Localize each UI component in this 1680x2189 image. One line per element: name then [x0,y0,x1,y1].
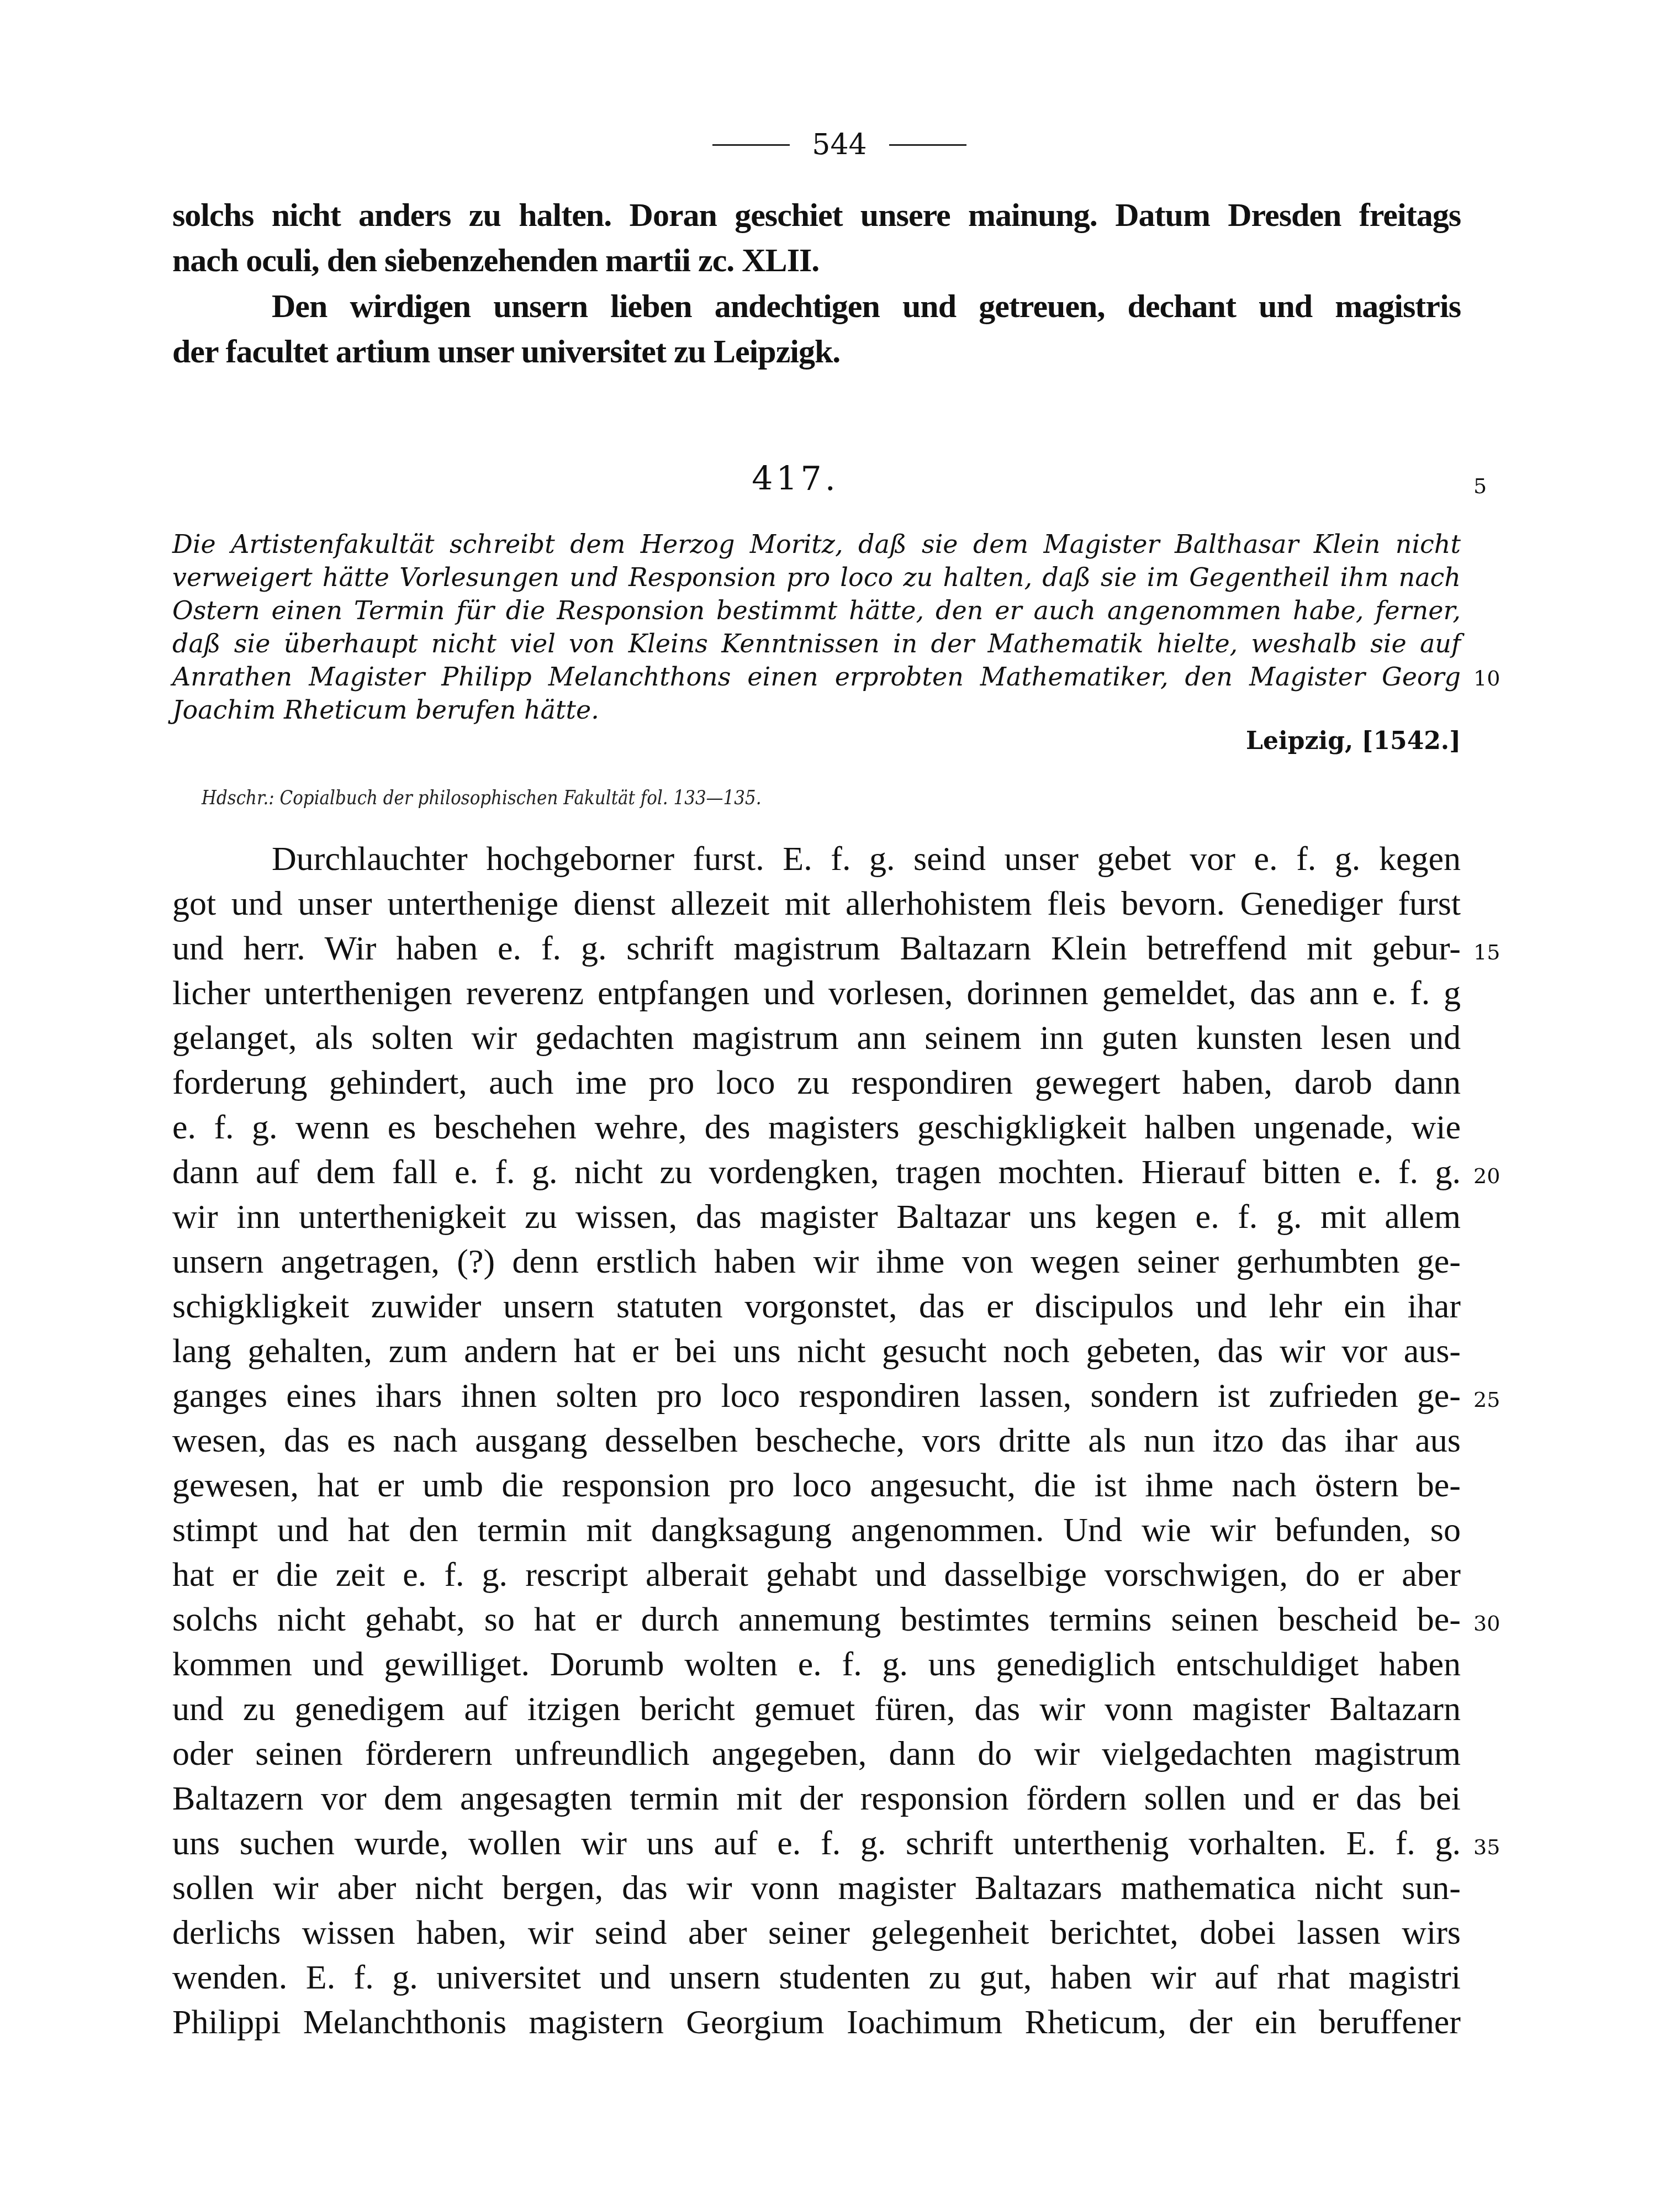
body-line: solchs nicht gehabt, so hat er durch ann… [172,1600,1461,1639]
body-line: lang gehalten, zum andern hat er bei uns… [172,1332,1461,1371]
upper-text-line: der facultet artium unser universitet zu… [172,333,1461,371]
body-line: Baltazern vor dem angesagten termin mit … [172,1779,1461,1818]
body-line: sollen wir aber nicht bergen, das wir vo… [172,1869,1461,1908]
body-line: forderung gehindert, auch ime pro loco z… [172,1063,1461,1103]
body-line: und herr. Wir haben e. f. g. schrift mag… [172,929,1461,968]
source-reference: Hdschr.: Copialbuch der philosophischen … [202,787,762,809]
page-number: 544 [812,128,867,161]
document-page: 544 solchs nicht anders zu halten. Doran… [0,0,1680,2189]
margin-line-number: 35 [1473,1835,1500,1859]
header-rule-right [889,144,966,146]
header-rule-left [712,144,790,146]
summary-line: Anrathen Magister Philipp Melanchthons e… [172,662,1461,692]
body-line: wenden. E. f. g. universitet und unsern … [172,1958,1461,1997]
summary-line: Die Artistenfakultät schreibt dem Herzog… [172,529,1461,559]
document-number: 417. [740,460,850,498]
body-line: hat er die zeit e. f. g. rescript albera… [172,1555,1461,1595]
body-line: oder seinen förderern unfreundlich angeg… [172,1734,1461,1774]
place-date: Leipzig, [1542.] [1215,727,1461,755]
margin-line-number: 10 [1473,666,1500,690]
body-line: wir inn unterthenigkeit zu wissen, das m… [172,1198,1461,1237]
body-line: licher unterthenigen reverenz entpfangen… [172,974,1461,1013]
summary-line: daß sie überhaupt nicht viel von Kleins … [172,629,1461,658]
body-line: kommen und gewilliget. Dorumb wolten e. … [172,1645,1461,1684]
body-line: schigkligkeit zuwider unsern statuten vo… [172,1287,1461,1326]
running-header: 544 [646,128,1033,161]
body-line: ganges eines ihars ihnen solten pro loco… [172,1376,1461,1416]
margin-line-number: 5 [1473,474,1487,498]
margin-line-number: 25 [1473,1388,1500,1412]
body-line: wesen, das es nach ausgang desselben bes… [172,1421,1461,1460]
body-line: gewesen, hat er umb die responsion pro l… [172,1466,1461,1505]
body-line: derlichs wissen haben, wir seind aber se… [172,1913,1461,1953]
body-line: uns suchen wurde, wollen wir uns auf e. … [172,1824,1461,1863]
summary-line: verweigert hätte Vorlesungen und Respons… [172,562,1461,592]
upper-text-line: Den wirdigen unsern lieben andechtigen u… [172,287,1461,325]
body-line: stimpt und hat den termin mit dangksagun… [172,1511,1461,1550]
margin-line-number: 15 [1473,940,1500,964]
body-line: got und unser unterthenige dienst alleze… [172,884,1461,924]
body-line: dann auf dem fall e. f. g. nicht zu vord… [172,1153,1461,1192]
summary-line: Joachim Rheticum berufen hätte. [172,695,1461,725]
body-line: gelanget, als solten wir gedachten magis… [172,1019,1461,1058]
body-line: unsern angetragen, (?) denn erstlich hab… [172,1242,1461,1281]
body-line: Philippi Melanchthonis magistern Georgiu… [172,2003,1461,2042]
body-line: und zu genedigem auf itzigen bericht gem… [172,1690,1461,1729]
upper-text-line: solchs nicht anders zu halten. Doran ges… [172,196,1461,234]
upper-text-line: nach oculi, den siebenzehenden martii zc… [172,241,1461,279]
margin-line-number: 30 [1473,1611,1500,1636]
margin-line-number: 20 [1473,1164,1500,1188]
body-line: e. f. g. wenn es beschehen wehre, des ma… [172,1108,1461,1147]
summary-line: Ostern einen Termin für die Responsion b… [172,595,1461,625]
body-line: Durchlauchter hochgeborner furst. E. f. … [172,840,1461,879]
